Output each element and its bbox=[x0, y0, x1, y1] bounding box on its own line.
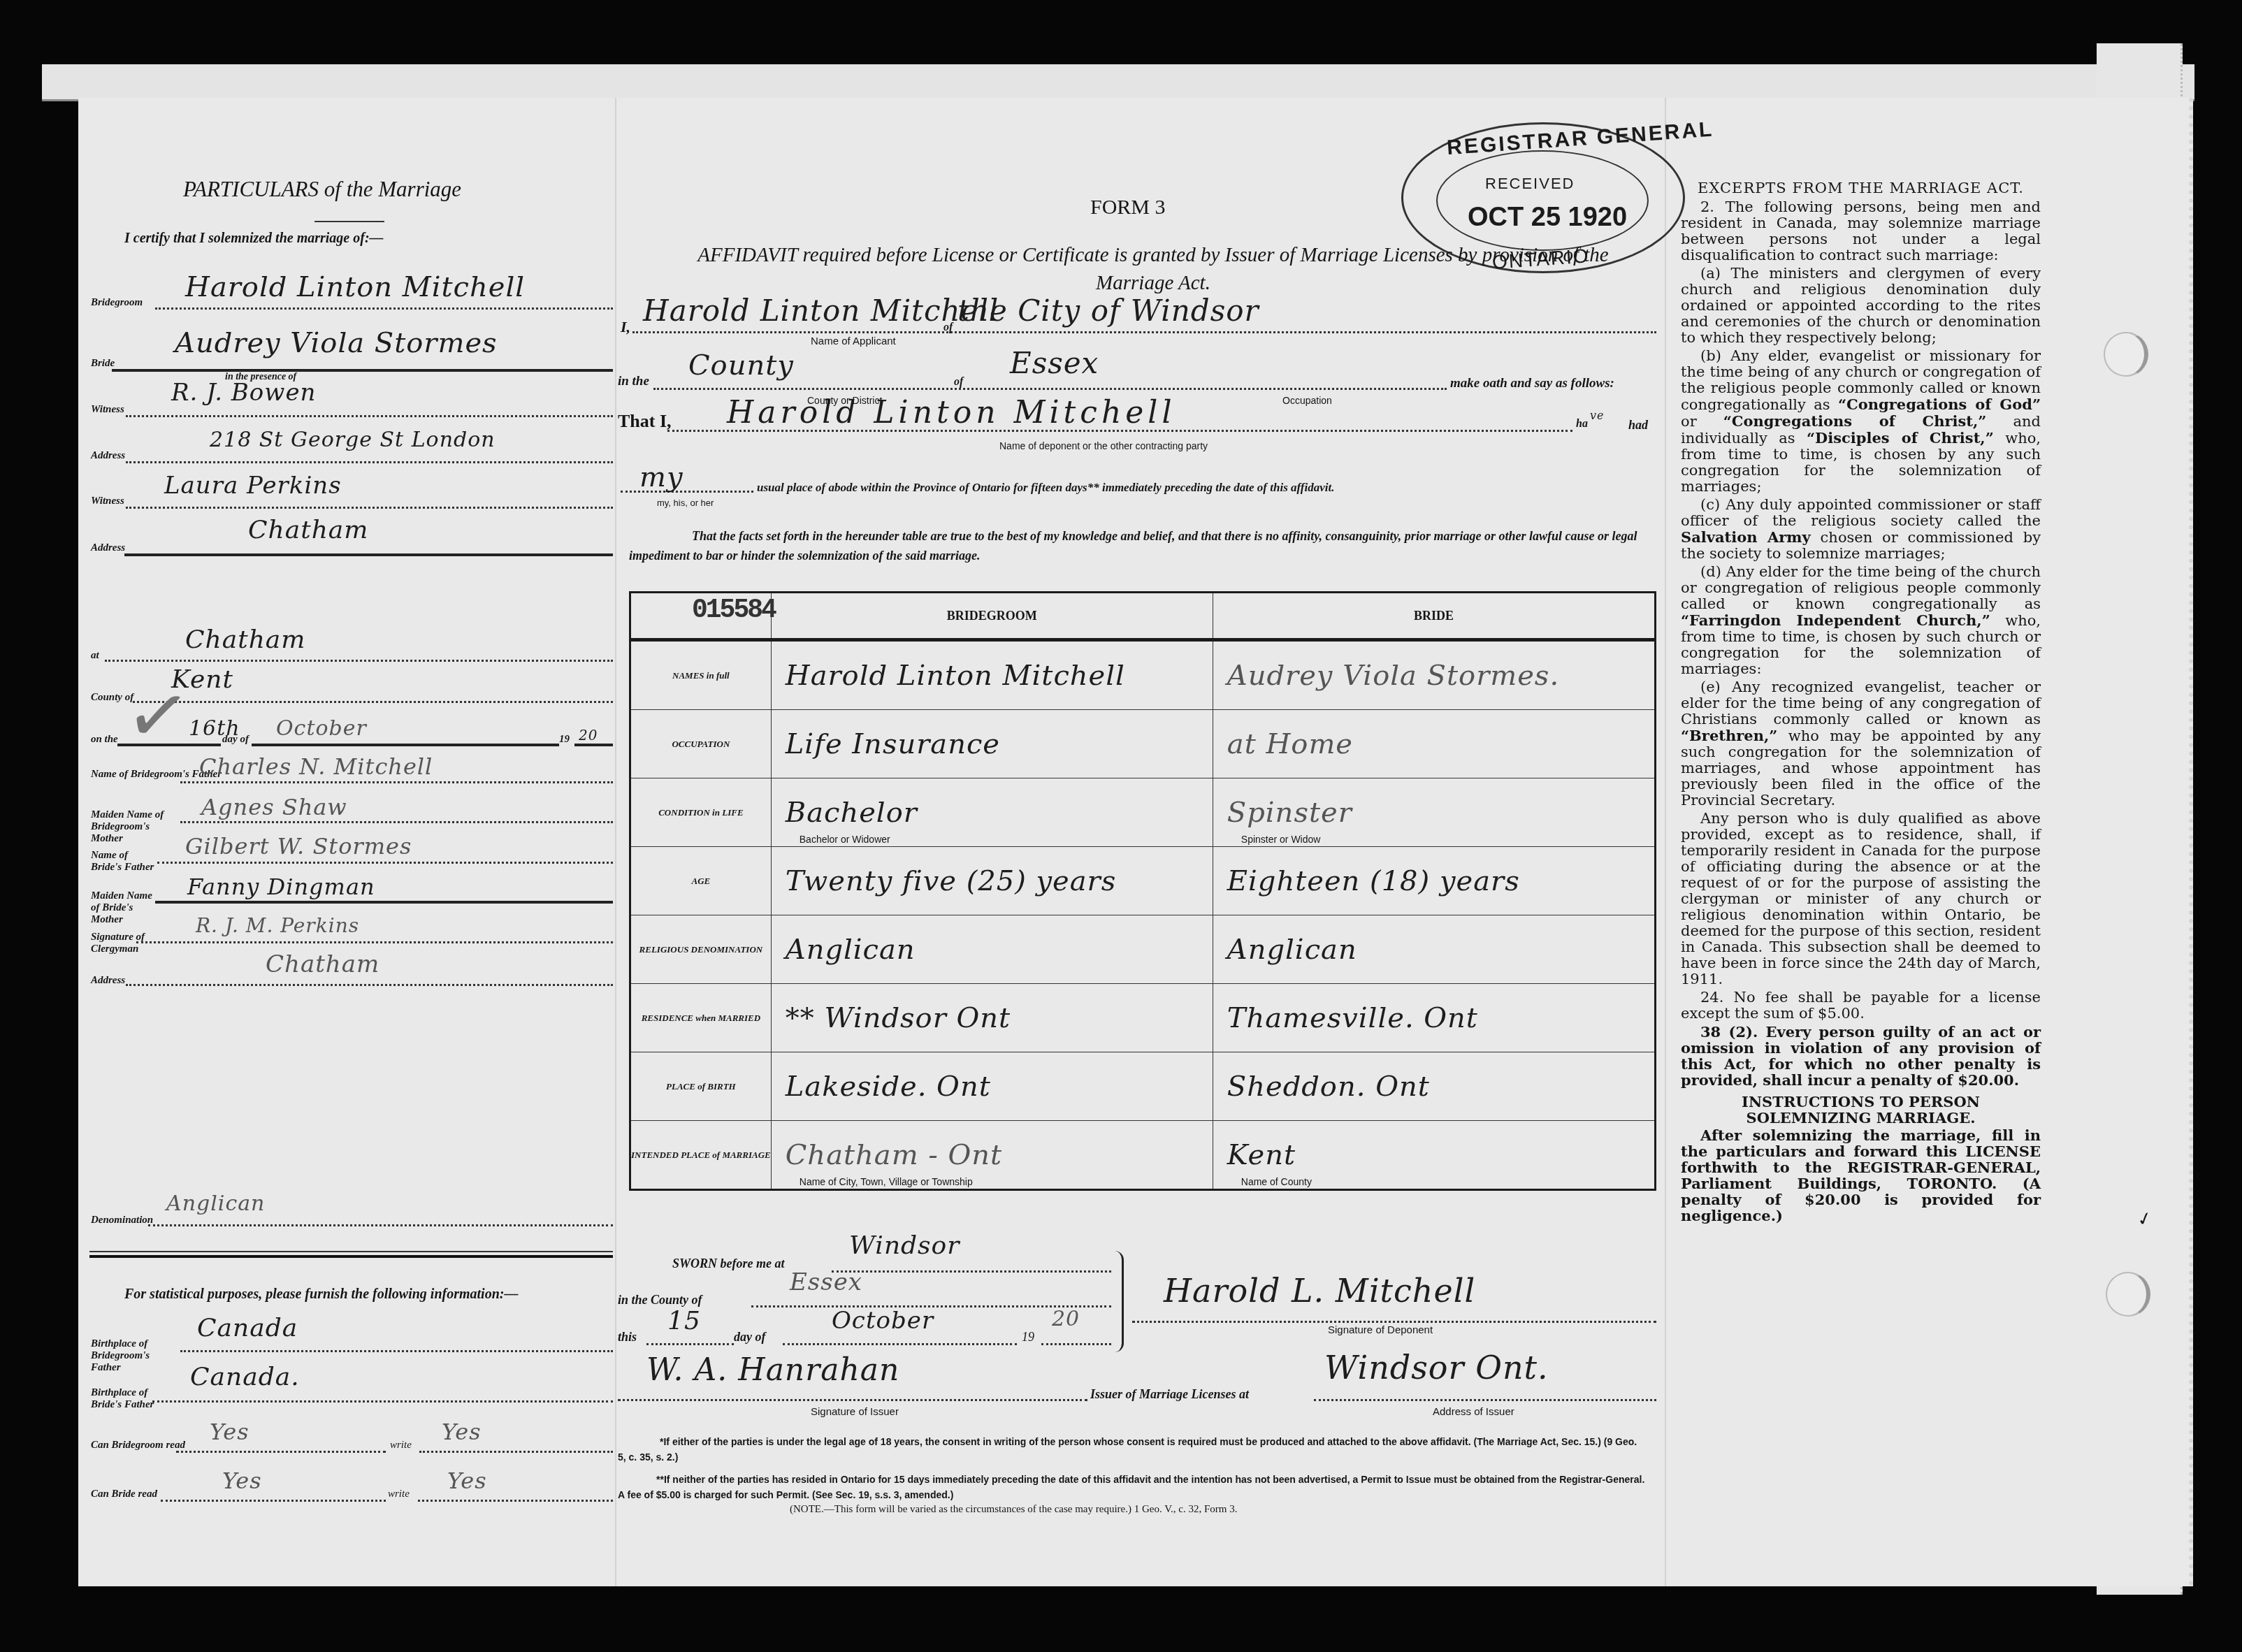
certify-statement: I certify that I solemnized the marriage… bbox=[124, 231, 384, 247]
that-i-label: That I, bbox=[618, 411, 672, 432]
dotted-line bbox=[126, 507, 613, 509]
issuer-signature: W. A. Hanrahan bbox=[646, 1352, 899, 1388]
groom-birthplace: Lakeside. Ont bbox=[771, 1052, 1213, 1121]
sworn-day: 15 bbox=[667, 1307, 701, 1335]
stamp-inner-ring bbox=[1436, 150, 1649, 251]
county-of-label: of bbox=[954, 376, 963, 389]
brace bbox=[1115, 1251, 1124, 1352]
bride-residence: Thamesville. Ont bbox=[1213, 984, 1655, 1052]
month-value: October bbox=[276, 716, 367, 741]
dotted-line bbox=[653, 388, 1447, 390]
affidavit-heading: AFFIDAVIT required before License or Cer… bbox=[664, 241, 1642, 297]
section-divider bbox=[89, 1251, 613, 1258]
text: (d) Any elder for the time being of the … bbox=[1681, 563, 2041, 612]
row-label: AGE bbox=[630, 847, 772, 915]
row-label: INTENDED PLACE of MARRIAGE bbox=[630, 1121, 772, 1190]
footnote-residence: **If neither of the parties has resided … bbox=[618, 1472, 1645, 1502]
groom-condition-cell: Bachelor Bachelor or Widower bbox=[771, 778, 1213, 847]
facts-statement: That the facts set forth in the hereunde… bbox=[629, 526, 1656, 565]
county-or-district-value: County bbox=[688, 349, 794, 382]
particulars-table: BRIDEGROOM BRIDE NAMES in full Harold Li… bbox=[629, 591, 1656, 1191]
row-label: CONDITION in LIFE bbox=[630, 778, 772, 847]
text: or bbox=[1681, 413, 1723, 430]
ha-suffix: ve bbox=[1590, 409, 1605, 422]
sworn-place: Windsor bbox=[849, 1231, 960, 1260]
bride-condition-caption: Spinster or Widow bbox=[1241, 834, 1321, 845]
fold-line-right bbox=[1665, 98, 1666, 1586]
bold-text: “Brethren,” bbox=[1681, 727, 1777, 744]
clergyman-signature: R. J. M. Perkins bbox=[196, 914, 359, 937]
dotted-line bbox=[1132, 1321, 1656, 1323]
header-bride: BRIDE bbox=[1213, 593, 1655, 640]
title-rule bbox=[314, 221, 384, 222]
witness1-value: R. J. Bowen bbox=[171, 379, 316, 407]
row-label: RELIGIOUS DENOMINATION bbox=[630, 915, 772, 984]
stamp-date: OCT 25 1920 bbox=[1468, 203, 1627, 233]
dotted-line bbox=[180, 781, 613, 783]
bride-father-birthplace-label: Birthplace of Bride's Father bbox=[91, 1387, 161, 1411]
dotted-line bbox=[176, 1451, 386, 1453]
groom-age: Twenty five (25) years bbox=[771, 847, 1213, 915]
section-24: 24. No fee shall be payable for a licens… bbox=[1681, 990, 2041, 1022]
bold-text: Salvation Army bbox=[1681, 528, 1811, 546]
groom-names: Harold Linton Mitchell bbox=[771, 640, 1213, 710]
applicant-place: the City of Windsor bbox=[957, 294, 1259, 328]
clergy-address-value: Chatham bbox=[266, 950, 379, 978]
dotted-line bbox=[1314, 1399, 1656, 1401]
table-row-intended-place: INTENDED PLACE of MARRIAGE Chatham - Ont… bbox=[630, 1121, 1656, 1190]
witness1-label: Witness bbox=[91, 404, 124, 416]
bridegroom-label: Bridegroom bbox=[91, 297, 143, 309]
table-row-occupation: OCCUPATION Life Insurance at Home bbox=[630, 710, 1656, 778]
dotted-line bbox=[180, 1350, 613, 1352]
text: forthwith to the bbox=[1681, 1159, 1847, 1176]
dotted-line bbox=[148, 1224, 613, 1226]
groom-condition-caption: Bachelor or Widower bbox=[800, 834, 890, 845]
at-label: at bbox=[91, 650, 99, 662]
this-label: this bbox=[618, 1330, 637, 1345]
groom-read-value: Yes bbox=[210, 1419, 249, 1445]
abode-text: usual place of abode within the Province… bbox=[757, 481, 1334, 495]
dotted-line bbox=[133, 701, 613, 703]
instructions-title: INSTRUCTIONS TO PERSON SOLEMNIZING MARRI… bbox=[1681, 1094, 2041, 1126]
row-label: PLACE of BIRTH bbox=[630, 1052, 772, 1121]
sworn-month: October bbox=[832, 1307, 934, 1335]
dotted-line bbox=[157, 862, 613, 864]
of-label: of bbox=[943, 321, 953, 334]
in-the-label: in the bbox=[618, 374, 649, 389]
had-label: had bbox=[1628, 418, 1648, 433]
solid-line bbox=[574, 744, 613, 746]
year-value: 20 bbox=[579, 727, 598, 744]
instructions-text: After solemnizing the marriage, fill in … bbox=[1681, 1127, 2041, 1224]
excerpts-section: EXCERPTS FROM THE MARRIAGE ACT. 2. The f… bbox=[1681, 180, 2041, 1226]
bride-write-label: write bbox=[388, 1488, 410, 1500]
dotted-line bbox=[832, 1270, 1111, 1273]
table-row-residence: RESIDENCE when MARRIED ** Windsor Ont Th… bbox=[630, 984, 1656, 1052]
dotted-line bbox=[632, 331, 1656, 333]
text: (c) Any duly appointed commissioner or s… bbox=[1681, 496, 2041, 529]
table-row-age: AGE Twenty five (25) years Eighteen (18)… bbox=[630, 847, 1656, 915]
punch-hole-bottom bbox=[2106, 1272, 2150, 1317]
pronoun-caption: my, his, or her bbox=[657, 498, 714, 508]
make-oath-text: make oath and say as follows: bbox=[1450, 376, 1614, 391]
county-caption: Name of County bbox=[1241, 1176, 1312, 1187]
sworn-year: 20 bbox=[1052, 1307, 1080, 1331]
city-caption: Name of City, Town, Village or Township bbox=[800, 1176, 973, 1187]
solid-line bbox=[112, 369, 613, 372]
county-label: in the County of bbox=[618, 1293, 702, 1307]
clergy-address-label: Address bbox=[91, 975, 125, 987]
address1-value: 218 St George St London bbox=[210, 428, 496, 452]
clause-a: (a) The ministers and clergymen of every… bbox=[1681, 266, 2041, 346]
name-of-applicant-caption: Name of Applicant bbox=[811, 335, 896, 347]
denomination-value: Anglican bbox=[166, 1191, 265, 1216]
any-person-clause: Any person who is duly qualified as abov… bbox=[1681, 811, 2041, 987]
bride-denomination: Anglican bbox=[1213, 915, 1655, 984]
at-value: Chatham bbox=[185, 625, 305, 654]
on-the-label: on the bbox=[91, 734, 118, 746]
dotted-line bbox=[136, 941, 613, 943]
check-mark-icon: ✓ bbox=[120, 667, 196, 765]
clergyman-label: Signature of Clergyman bbox=[91, 932, 161, 955]
table-row-names: NAMES in full Harold Linton Mitchell Aud… bbox=[630, 640, 1656, 710]
footnote-age: *If either of the parties is under the l… bbox=[618, 1434, 1645, 1465]
section-38: 38 (2). Every person guilty of an act or… bbox=[1681, 1024, 2041, 1088]
bold-text: “Farringdon Independent Church,” bbox=[1681, 611, 1990, 629]
bride-condition-cell: Spinster Spinster or Widow bbox=[1213, 778, 1655, 847]
section-2: 2. The following persons, being men and … bbox=[1681, 199, 2041, 263]
bride-father-label: Name of Bride's Father bbox=[91, 850, 161, 874]
bold-text: LICENSE bbox=[1965, 1143, 2041, 1160]
sworn-year-prefix: 19 bbox=[1022, 1330, 1034, 1345]
sworn-county: Essex bbox=[790, 1268, 862, 1296]
excerpts-title: EXCERPTS FROM THE MARRIAGE ACT. bbox=[1681, 180, 2041, 196]
bride-occupation: at Home bbox=[1213, 710, 1655, 778]
table-row-condition: CONDITION in LIFE Bachelor Bachelor or W… bbox=[630, 778, 1656, 847]
groom-occupation: Life Insurance bbox=[771, 710, 1213, 778]
witness2-label: Witness bbox=[91, 495, 124, 507]
intended-city: Chatham - Ont bbox=[786, 1139, 1002, 1171]
dotted-line bbox=[105, 660, 613, 662]
deponent-caption: Name of deponent or the other contractin… bbox=[999, 440, 1208, 451]
bride-age: Eighteen (18) years bbox=[1213, 847, 1655, 915]
clause-d: (d) Any elder for the time being of the … bbox=[1681, 564, 2041, 677]
groom-denomination: Anglican bbox=[771, 915, 1213, 984]
address1-label: Address bbox=[91, 450, 125, 462]
i-label: I, bbox=[621, 318, 630, 336]
row-label: OCCUPATION bbox=[630, 710, 772, 778]
occupation-caption: Occupation bbox=[1282, 395, 1332, 406]
bride-value: Audrey Viola Stormes bbox=[175, 327, 498, 359]
dotted-line bbox=[646, 1343, 734, 1345]
bold-text: REGISTRAR-GENERAL bbox=[1847, 1159, 2036, 1176]
bride-label: Bride bbox=[91, 358, 115, 370]
bold-text: “Disciples of Christ,” bbox=[1807, 429, 1994, 447]
table-row-birthplace: PLACE of BIRTH Lakeside. Ont Sheddon. On… bbox=[630, 1052, 1656, 1121]
dotted-line bbox=[618, 1399, 1087, 1401]
deponent-name: Harold Linton Mitchell bbox=[727, 395, 1176, 430]
bride-write-value: Yes bbox=[447, 1468, 487, 1494]
day-of-label: day of bbox=[734, 1330, 765, 1345]
dotted-line bbox=[155, 307, 613, 310]
groom-read-label: Can Bridegroom read bbox=[91, 1440, 185, 1451]
solid-line bbox=[252, 744, 559, 746]
address2-value: Chatham bbox=[248, 516, 368, 544]
particulars-title: PARTICULARS of the Marriage bbox=[183, 177, 461, 202]
witness2-value: Laura Perkins bbox=[164, 472, 342, 500]
punch-hole-top bbox=[2104, 332, 2148, 377]
day-of-label: day of bbox=[222, 734, 249, 746]
groom-residence: ** Windsor Ont bbox=[771, 984, 1213, 1052]
bold-text: “Congregations of God” bbox=[1838, 396, 2041, 413]
form-title: FORM 3 bbox=[1090, 196, 1166, 219]
bride-birthplace: Sheddon. Ont bbox=[1213, 1052, 1655, 1121]
bride-father-birthplace-value: Canada. bbox=[190, 1363, 300, 1391]
issuer-address: Windsor Ont. bbox=[1324, 1349, 1549, 1386]
dotted-line bbox=[126, 461, 613, 463]
underlying-page-top-edge bbox=[42, 64, 2194, 101]
issuer-label: Issuer of Marriage Licenses at bbox=[1090, 1387, 1249, 1402]
solid-line bbox=[124, 553, 613, 556]
dotted-line bbox=[1041, 1343, 1111, 1345]
groom-mother-value: Agnes Shaw bbox=[201, 794, 347, 820]
statistical-intro: For statistical purposes, please furnish… bbox=[91, 1280, 615, 1308]
pronoun-value: my bbox=[639, 461, 684, 493]
issuer-address-caption: Address of Issuer bbox=[1433, 1406, 1514, 1418]
bride-names: Audrey Viola Stormes. bbox=[1213, 640, 1655, 710]
groom-father-birthplace-label: Birthplace of Bridegroom's Father bbox=[91, 1338, 182, 1374]
intended-county: Kent bbox=[1227, 1139, 1296, 1171]
year-prefix: 19 bbox=[559, 734, 570, 746]
bride-condition: Spinster bbox=[1227, 797, 1352, 829]
groom-write-value: Yes bbox=[442, 1419, 482, 1445]
bride-intended-cell: Kent Name of County bbox=[1213, 1121, 1655, 1190]
table-row-denomination: RELIGIOUS DENOMINATION Anglican Anglican bbox=[630, 915, 1656, 984]
dotted-line bbox=[180, 821, 613, 823]
dotted-line bbox=[418, 1500, 613, 1502]
text: (e) Any recognized evangelist, teacher o… bbox=[1681, 679, 2041, 727]
bold-text: “Congregations of Christ,” bbox=[1723, 412, 1987, 430]
row-label: NAMES in full bbox=[630, 640, 772, 710]
deponent-signature: Harold L. Mitchell bbox=[1164, 1272, 1475, 1310]
groom-condition: Bachelor bbox=[786, 797, 918, 829]
bride-read-value: Yes bbox=[222, 1468, 262, 1494]
bridegroom-value: Harold Linton Mitchell bbox=[185, 271, 525, 303]
bride-mother-label: Maiden Name of Bride's Mother bbox=[91, 890, 161, 926]
groom-mother-label: Maiden Name of Bridegroom's Mother bbox=[91, 809, 182, 845]
groom-father-value: Charles N. Mitchell bbox=[199, 753, 433, 780]
county-name-value: Essex bbox=[1010, 346, 1099, 380]
bride-mother-value: Fanny Dingman bbox=[187, 874, 375, 900]
sworn-label: SWORN before me at bbox=[672, 1256, 785, 1271]
clause-c: (c) Any duly appointed commissioner or s… bbox=[1681, 497, 2041, 562]
denomination-label: Denomination bbox=[91, 1215, 153, 1226]
header-bridegroom: BRIDEGROOM bbox=[771, 593, 1213, 640]
fold-line-left bbox=[615, 98, 616, 1586]
deponent-signature-caption: Signature of Deponent bbox=[1328, 1324, 1433, 1336]
bride-father-value: Gilbert W. Stormes bbox=[185, 833, 412, 860]
stamp-received: RECEIVED bbox=[1485, 175, 1575, 193]
groom-write-label: write bbox=[390, 1440, 412, 1451]
address2-label: Address bbox=[91, 542, 125, 554]
form-note: (NOTE.—This form will be varied as the c… bbox=[790, 1504, 1238, 1516]
dotted-line bbox=[152, 1400, 613, 1403]
dotted-line bbox=[161, 1500, 386, 1502]
row-label: RESIDENCE when MARRIED bbox=[630, 984, 772, 1052]
bride-read-label: Can Bride read bbox=[91, 1488, 157, 1500]
dotted-line bbox=[783, 1343, 1017, 1345]
clause-e: (e) Any recognized evangelist, teacher o… bbox=[1681, 679, 2041, 809]
solid-line bbox=[155, 901, 613, 904]
groom-intended-cell: Chatham - Ont Name of City, Town, Villag… bbox=[771, 1121, 1213, 1190]
serial-number: 015584 bbox=[692, 595, 775, 625]
clause-b: (b) Any elder, evangelist or missionary … bbox=[1681, 348, 2041, 495]
dotted-line bbox=[419, 1451, 613, 1453]
groom-father-birthplace-value: Canada bbox=[197, 1314, 298, 1342]
ha-label: ha bbox=[1576, 418, 1588, 430]
issuer-signature-caption: Signature of Issuer bbox=[811, 1406, 899, 1418]
dotted-line bbox=[126, 415, 613, 417]
dotted-line bbox=[126, 984, 613, 986]
